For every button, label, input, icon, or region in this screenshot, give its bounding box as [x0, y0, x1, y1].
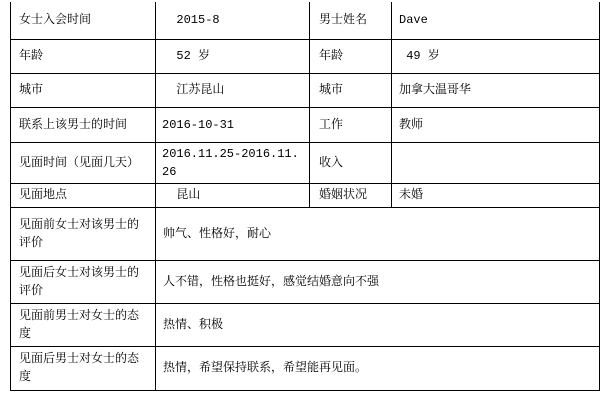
- label-lady-city: 城市: [11, 73, 156, 107]
- value-lady-city: 江苏昆山: [156, 73, 310, 107]
- table-row: 年龄 52 岁 年龄 49 岁: [11, 39, 600, 73]
- table-row: 见面后男士对女士的态度 热情，希望保持联系，希望能再见面。: [11, 346, 600, 390]
- table-row: 见面前男士对女士的态度 热情、积极: [11, 303, 600, 346]
- matchmaking-record-table: 女士入会时间 2015-8 男士姓名 Dave 年龄 52 岁 年龄 49 岁 …: [10, 2, 600, 391]
- value-man-job: 教师: [392, 107, 600, 142]
- label-lady-join-time: 女士入会时间: [11, 2, 156, 39]
- value-lady-post-meeting-opinion: 人不错，性格也挺好，感觉结婚意向不强: [156, 260, 600, 303]
- label-man-city: 城市: [310, 73, 392, 107]
- table-row: 联系上该男士的时间 2016-10-31 工作 教师: [11, 107, 600, 142]
- value-lady-pre-meeting-opinion: 帅气、性格好，耐心: [156, 207, 600, 260]
- value-man-name: Dave: [392, 2, 600, 39]
- label-man-age: 年龄: [310, 39, 392, 73]
- table-row: 城市 江苏昆山 城市 加拿大温哥华: [11, 73, 600, 107]
- value-man-pre-meeting-attitude: 热情、积极: [156, 303, 600, 346]
- value-man-city: 加拿大温哥华: [392, 73, 600, 107]
- table-row: 见面时间（见面几天） 2016.11.25-2016.11.26 收入: [11, 142, 600, 183]
- document-page: 女士入会时间 2015-8 男士姓名 Dave 年龄 52 岁 年龄 49 岁 …: [0, 0, 609, 396]
- label-man-name: 男士姓名: [310, 2, 392, 39]
- value-man-age: 49 岁: [392, 39, 600, 73]
- value-lady-join-time: 2015-8: [156, 2, 310, 39]
- value-man-post-meeting-attitude: 热情，希望保持联系，希望能再见面。: [156, 346, 600, 390]
- label-man-post-meeting-attitude: 见面后男士对女士的态度: [11, 346, 156, 390]
- label-marital-status: 婚姻状况: [310, 183, 392, 207]
- value-man-income: [392, 142, 600, 183]
- value-meeting-place: 昆山: [156, 183, 310, 207]
- label-man-job: 工作: [310, 107, 392, 142]
- table-row: 见面后女士对该男士的评价 人不错，性格也挺好，感觉结婚意向不强: [11, 260, 600, 303]
- label-contact-time: 联系上该男士的时间: [11, 107, 156, 142]
- label-meeting-time: 见面时间（见面几天）: [11, 142, 156, 183]
- label-lady-age: 年龄: [11, 39, 156, 73]
- value-contact-time: 2016-10-31: [156, 107, 310, 142]
- label-man-pre-meeting-attitude: 见面前男士对女士的态度: [11, 303, 156, 346]
- table-row: 女士入会时间 2015-8 男士姓名 Dave: [11, 2, 600, 39]
- table-row: 见面前女士对该男士的评价 帅气、性格好，耐心: [11, 207, 600, 260]
- value-meeting-time: 2016.11.25-2016.11.26: [156, 142, 310, 183]
- label-lady-pre-meeting-opinion: 见面前女士对该男士的评价: [11, 207, 156, 260]
- label-lady-post-meeting-opinion: 见面后女士对该男士的评价: [11, 260, 156, 303]
- table-row: 见面地点 昆山 婚姻状况 未婚: [11, 183, 600, 207]
- label-meeting-place: 见面地点: [11, 183, 156, 207]
- value-lady-age: 52 岁: [156, 39, 310, 73]
- label-man-income: 收入: [310, 142, 392, 183]
- value-marital-status: 未婚: [392, 183, 600, 207]
